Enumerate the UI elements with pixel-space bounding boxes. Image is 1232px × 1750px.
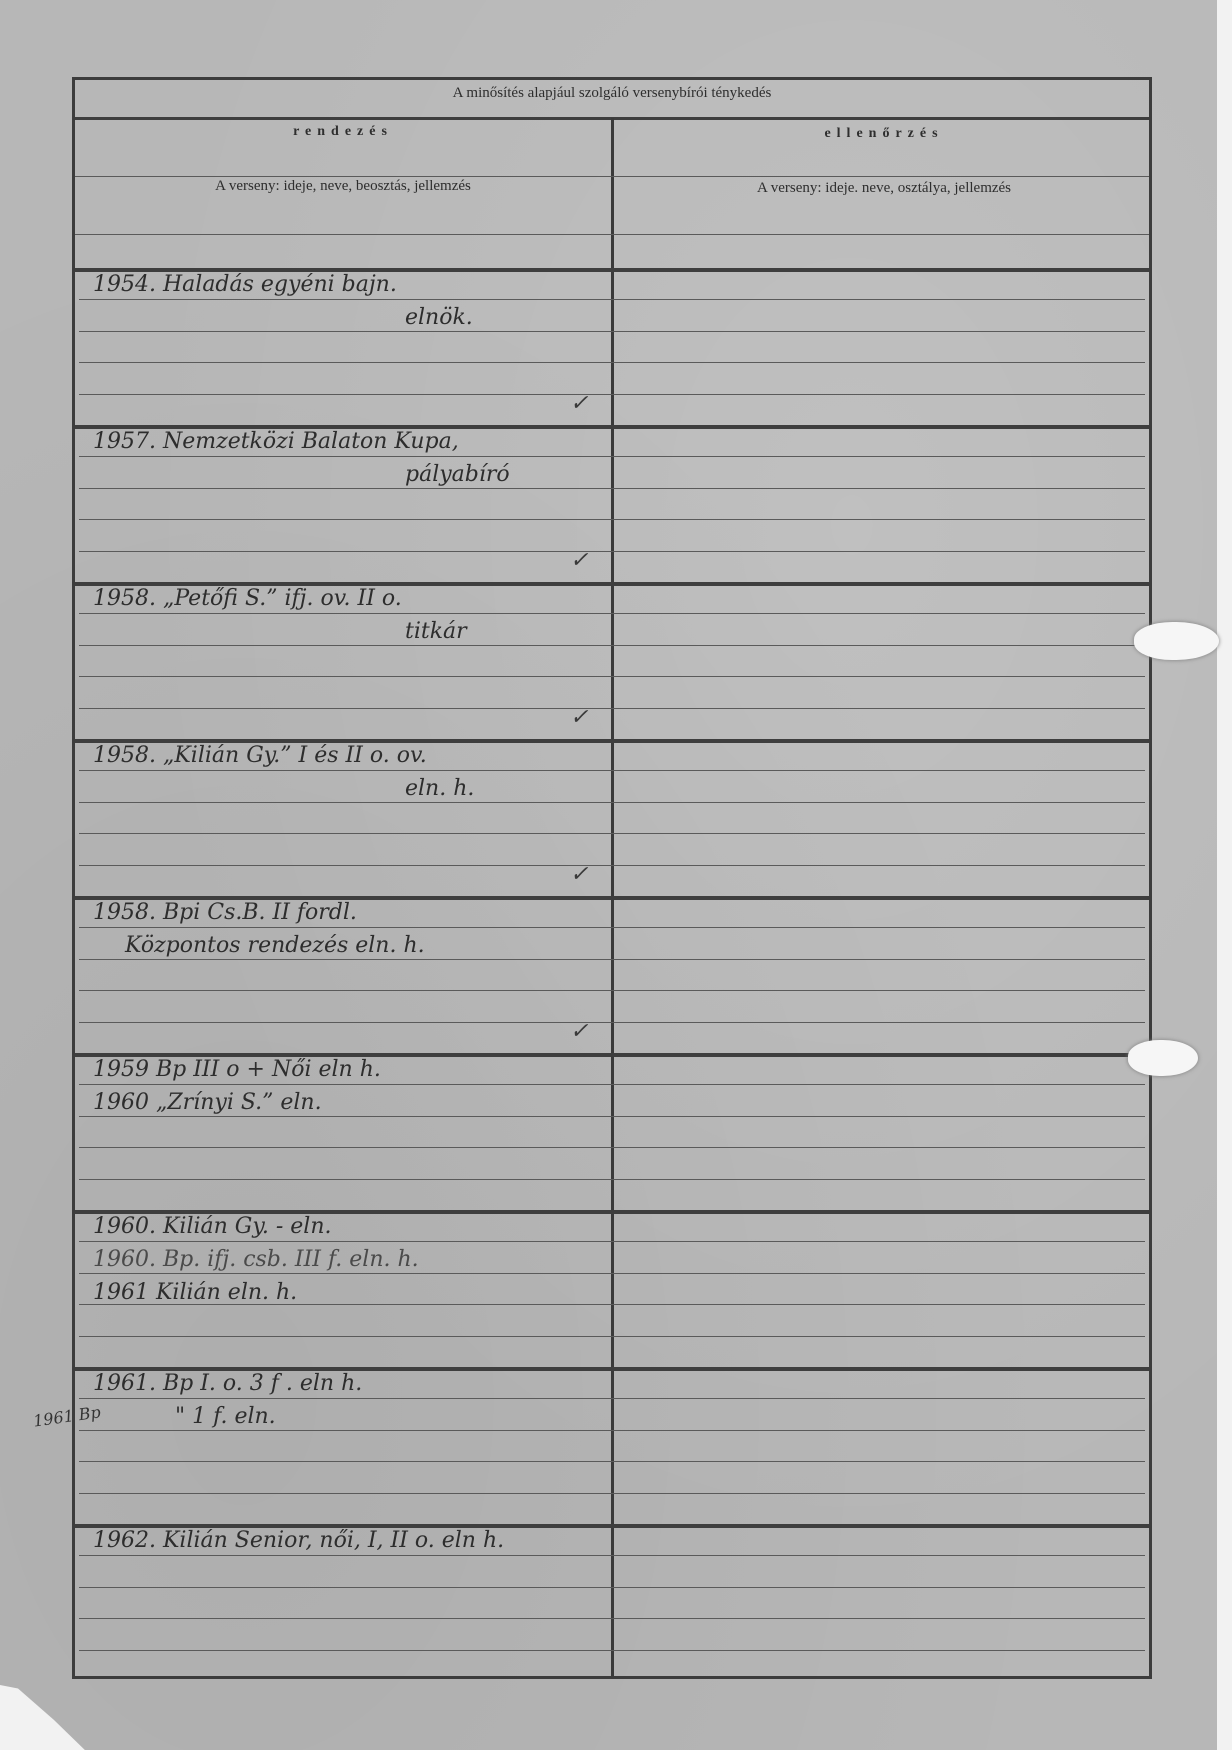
ruled-line xyxy=(79,990,1145,991)
ruled-line xyxy=(79,519,1145,520)
column-subheader-rendezes: A verseny: ideje, neve, beosztás, jellem… xyxy=(75,178,611,195)
handwritten-entry: 1958. Bpi Cs.B. II fordl. xyxy=(93,900,357,925)
handwritten-entry: " 1 f. eln. xyxy=(175,1404,276,1429)
ruled-line xyxy=(79,1179,1145,1180)
ruled-line xyxy=(79,1618,1145,1619)
ruled-line xyxy=(79,1587,1145,1588)
handwritten-entry: 1954. Haladás egyéni bajn. xyxy=(93,272,397,297)
handwritten-entry: 1960 „Zrínyi S.” eln. xyxy=(93,1090,322,1115)
handwritten-entry: 1959 Bp III o + Női eln h. xyxy=(93,1057,381,1082)
handwritten-entry: Központos rendezés eln. h. xyxy=(125,933,425,958)
ruled-line xyxy=(79,456,1145,457)
ruled-line xyxy=(79,645,1145,646)
ruled-line xyxy=(79,1022,1145,1023)
ruled-line xyxy=(79,927,1145,928)
ruled-line xyxy=(79,1493,1145,1494)
handwritten-entry: eln. h. xyxy=(405,776,474,801)
form-title: A minősítés alapjául szolgáló versenybír… xyxy=(75,85,1149,102)
ruled-line xyxy=(79,833,1145,834)
check-mark-icon: ✓ xyxy=(570,391,588,416)
ruled-line xyxy=(79,299,1145,300)
ruled-line xyxy=(79,1273,1145,1274)
handwritten-entry: elnök. xyxy=(405,305,473,330)
handwritten-entry: 1957. Nemzetközi Balaton Kupa, xyxy=(93,429,459,454)
record-table: A minősítés alapjául szolgáló versenybír… xyxy=(72,77,1152,1679)
check-mark-icon: ✓ xyxy=(570,548,588,573)
handwritten-entry: 1960. Bp. ifj. csb. III f. eln. h. xyxy=(93,1247,419,1272)
ruled-line xyxy=(79,1398,1145,1399)
punch-hole-tear xyxy=(1134,622,1219,660)
ruled-line xyxy=(79,802,1145,803)
divider xyxy=(75,176,1149,177)
ruled-line xyxy=(79,676,1145,677)
ruled-line xyxy=(79,362,1145,363)
ruled-line xyxy=(79,865,1145,866)
column-subheader-ellenorzes: A verseny: ideje. neve, osztálya, jellem… xyxy=(614,180,1154,197)
ruled-line xyxy=(79,394,1145,395)
ruled-line xyxy=(79,331,1145,332)
ruled-line xyxy=(79,1116,1145,1117)
ruled-line xyxy=(79,1084,1145,1085)
handwritten-entry: pályabíró xyxy=(405,462,510,487)
ruled-line xyxy=(79,1430,1145,1431)
ruled-line xyxy=(79,1336,1145,1337)
handwritten-entry: 1961. Bp I. o. 3 f . eln h. xyxy=(93,1371,362,1396)
check-mark-icon: ✓ xyxy=(570,1019,588,1044)
check-mark-icon: ✓ xyxy=(570,862,588,887)
ruled-line xyxy=(79,551,1145,552)
check-mark-icon: ✓ xyxy=(570,705,588,730)
handwritten-entry: titkár xyxy=(405,619,467,644)
handwritten-entry: 1958. „Petőfi S.” ifj. ov. II o. xyxy=(93,586,402,611)
column-label-ellenorzes: ellenőrzés xyxy=(614,126,1154,142)
handwritten-entry: 1962. Kilián Senior, női, I, II o. eln h… xyxy=(93,1528,504,1553)
ruled-line xyxy=(79,1241,1145,1242)
handwritten-entry: 1961 Kilián eln. h. xyxy=(93,1280,297,1305)
handwritten-entry: 1958. „Kilián Gy.” I és II o. ov. xyxy=(93,743,427,768)
ruled-line xyxy=(79,1147,1145,1148)
handwritten-entry: 1960. Kilián Gy. - eln. xyxy=(93,1214,332,1239)
ruled-line xyxy=(79,1650,1145,1651)
ruled-line xyxy=(79,770,1145,771)
ruled-line xyxy=(79,1555,1145,1556)
ruled-line xyxy=(79,708,1145,709)
ruled-line xyxy=(79,613,1145,614)
column-label-rendezes: rendezés xyxy=(75,124,611,140)
ruled-line xyxy=(79,1461,1145,1462)
ruled-line xyxy=(79,959,1145,960)
ruled-line xyxy=(79,488,1145,489)
divider xyxy=(75,234,1149,235)
punch-hole-tear xyxy=(1128,1040,1198,1076)
